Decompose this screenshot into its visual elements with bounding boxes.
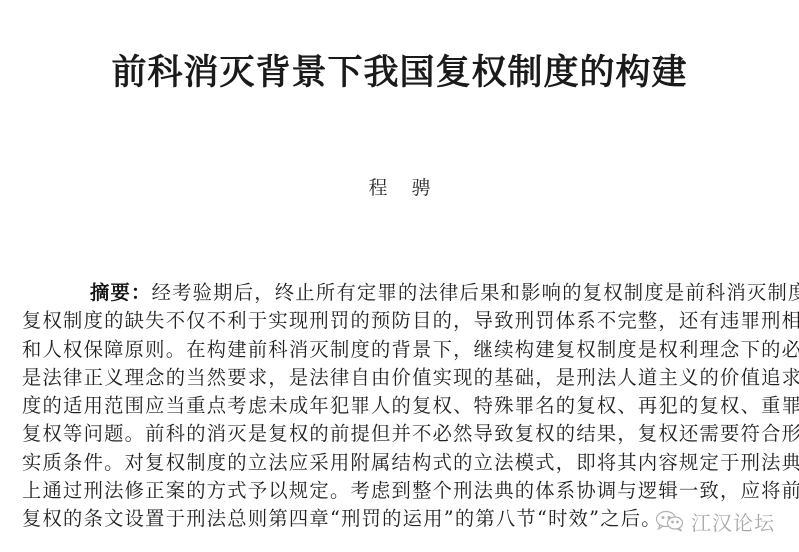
abstract-line-4: 是法律正义理念的当然要求，是法律自由价值实现的基础，是刑法人道主义的价值追求。复… <box>22 364 778 392</box>
abstract-line-6: 复权等问题。前科的消灭是复权的前提但并不必然导致复权的结果，复权还需要符合形式条… <box>22 420 778 448</box>
paper-title: 前科消灭背景下我国复权制度的构建 <box>0 48 799 98</box>
abstract-label: 摘要： <box>90 281 152 304</box>
abstract-line-5: 度的适用范围应当重点考虑未成年犯罪人的复权、特殊罪名的复权、再犯的复权、重罪与轻… <box>22 392 778 420</box>
abstract: 摘要：经考验期后，终止所有定罪的法律后果和影响的复权制度是前科消灭制度的配套制度… <box>22 279 778 534</box>
abstract-line-8: 上通过刑法修正案的方式予以规定。考虑到整个刑法典的体系协调与逻辑一致，应将前科消… <box>22 477 778 505</box>
watermark-text: 江汉论坛 <box>691 507 775 536</box>
abstract-text: 经考验期后，终止所有定罪的法律后果和影响的复权制度是前科消灭制度的配套制度。 <box>152 281 799 304</box>
abstract-line-3: 和人权保障原则。在构建前科消灭制度的背景下，继续构建复权制度是权利理念下的必然产… <box>22 336 778 364</box>
author-name: 程骋 <box>0 176 799 200</box>
abstract-line-7: 实质条件。对复权制度的立法应采用附属结构式的立法模式，即将其内容规定于刑法典中，… <box>22 449 778 477</box>
abstract-line-1: 摘要：经考验期后，终止所有定罪的法律后果和影响的复权制度是前科消灭制度的配套制度… <box>22 279 778 307</box>
abstract-line-2: 复权制度的缺失不仅不利于实现刑罚的预防目的，导致刑罚体系不完整，还有违罪刑相适应… <box>22 307 778 335</box>
wechat-icon <box>655 510 685 532</box>
watermark: 江汉论坛 <box>655 508 775 534</box>
